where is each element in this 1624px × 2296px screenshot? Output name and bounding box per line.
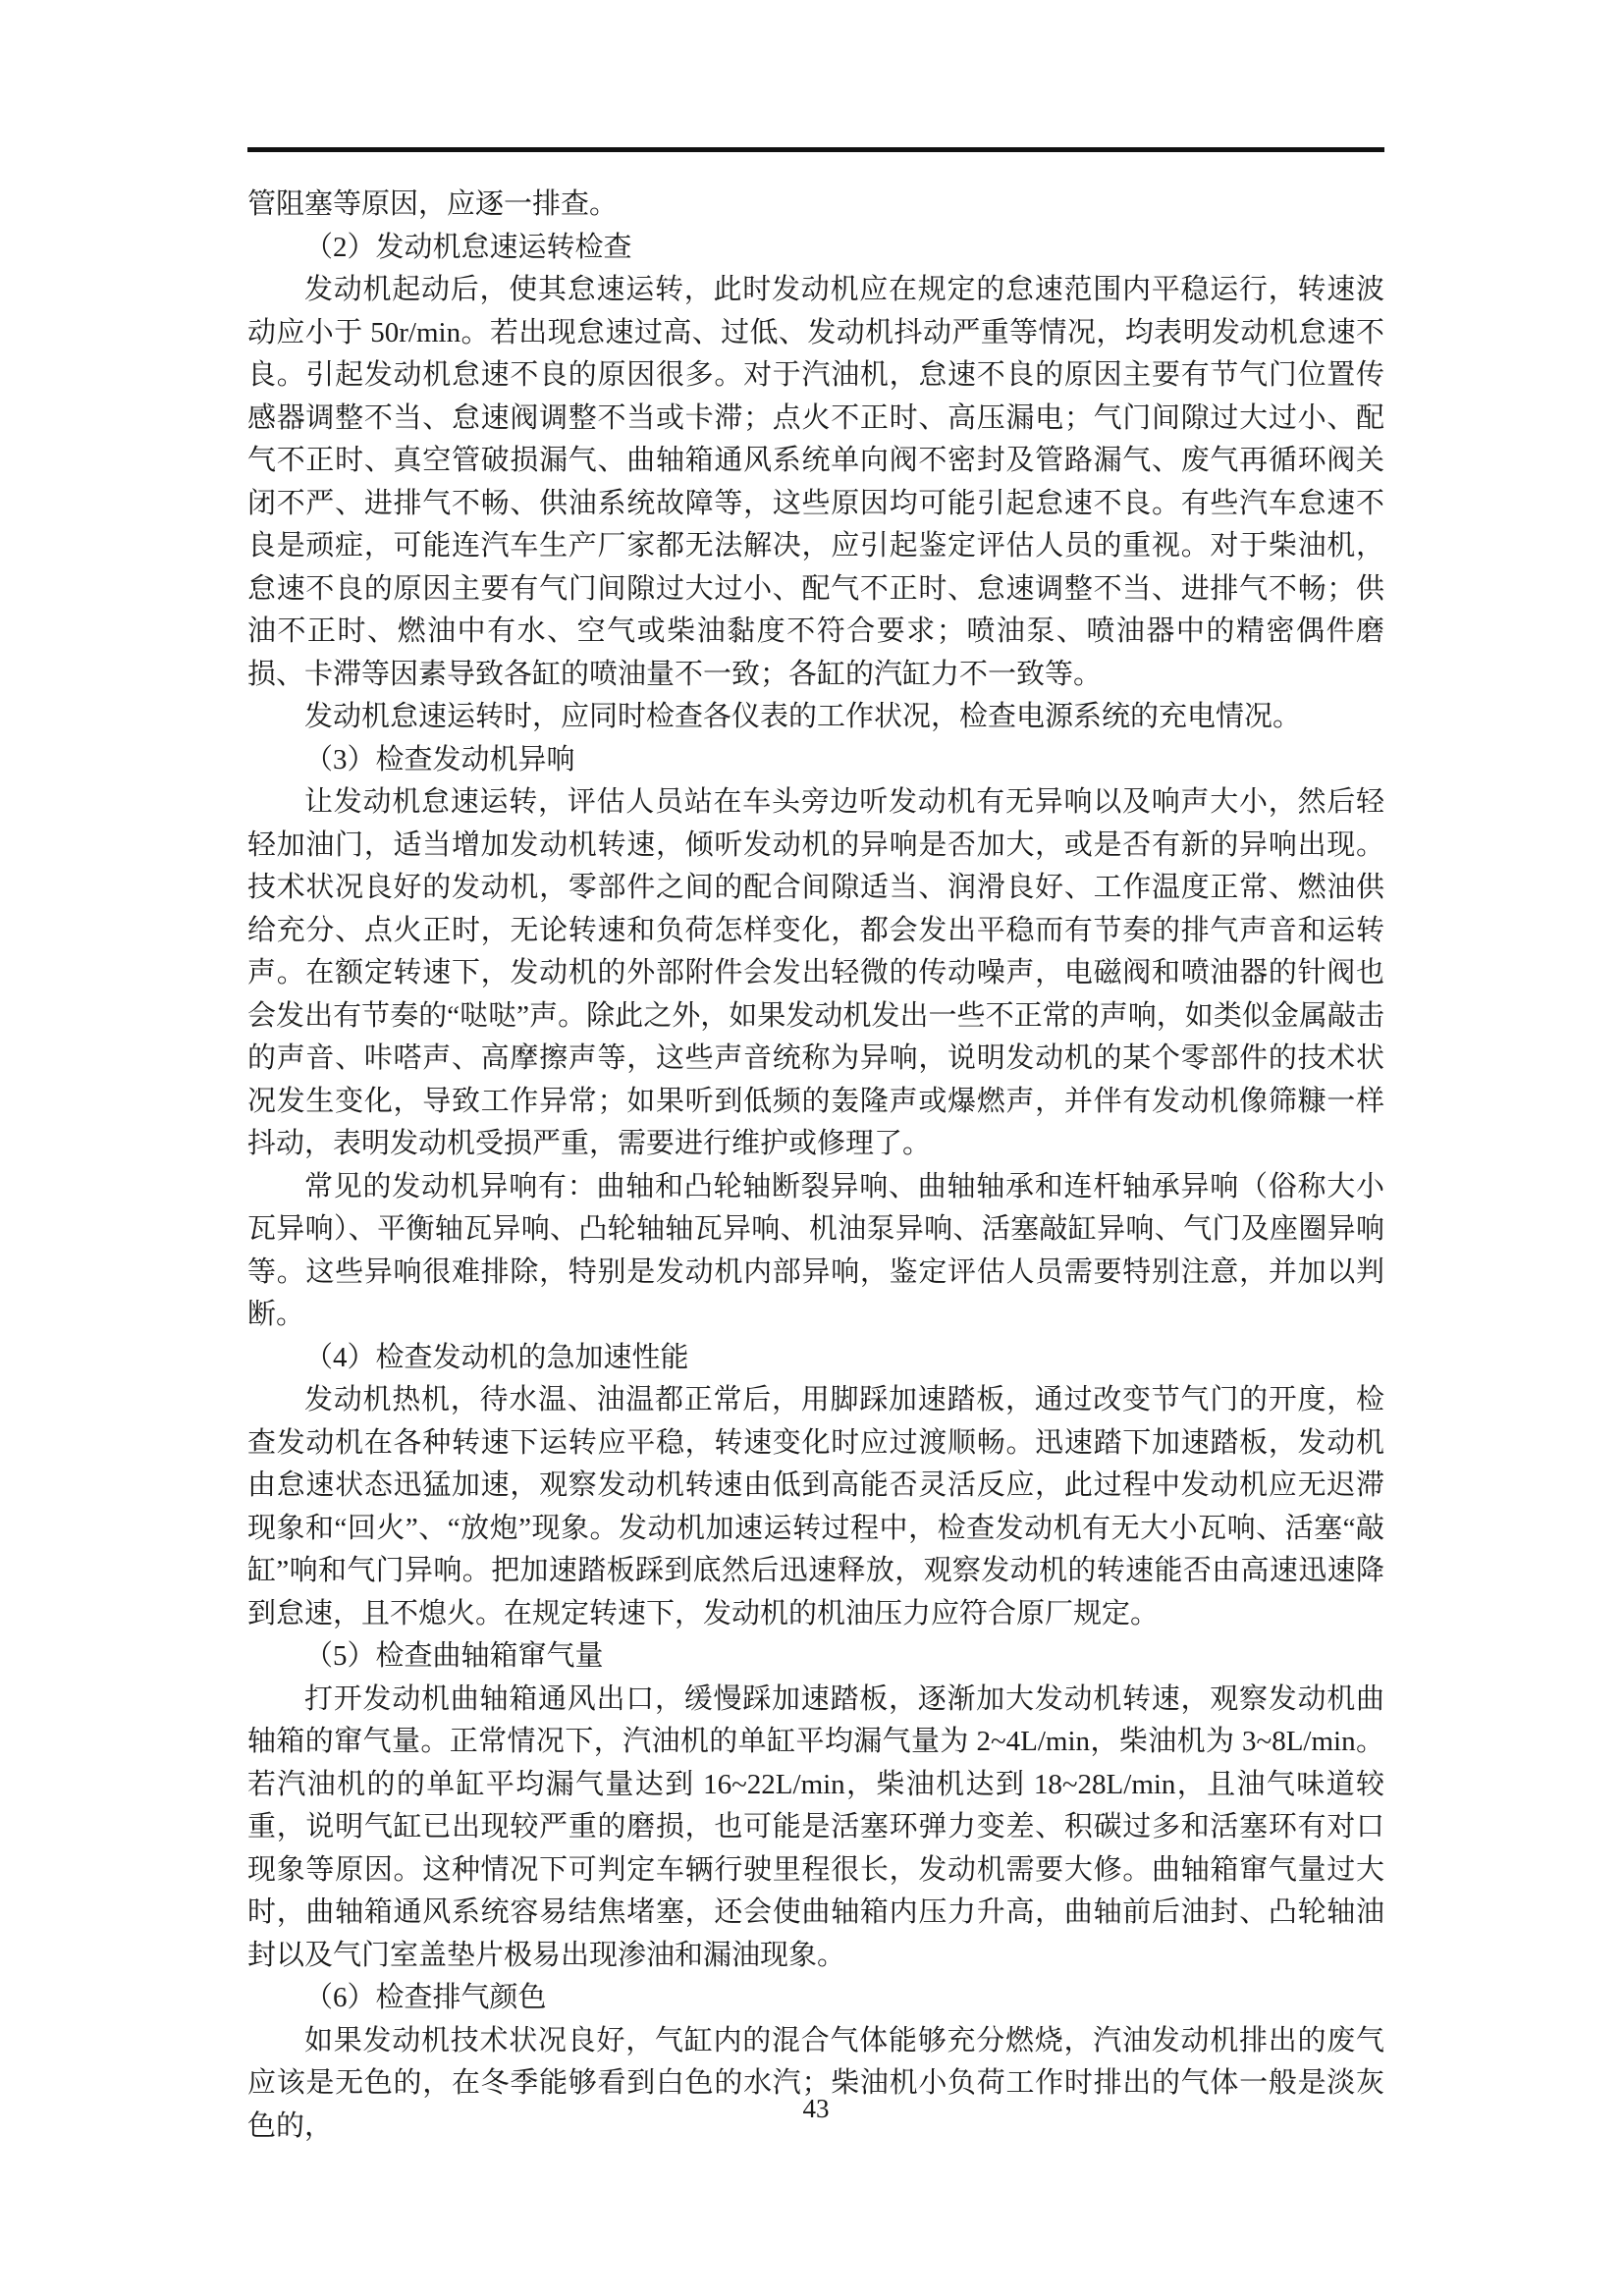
- section-heading: （3）检查发动机异响: [247, 739, 1384, 782]
- paragraph: 常见的发动机异响有：曲轴和凸轮轴断裂异响、曲轴轴承和连杆轴承异响（俗称大小瓦异响…: [247, 1166, 1384, 1337]
- paragraph: 发动机怠速运转时，应同时检查各仪表的工作状况，检查电源系统的充电情况。: [247, 696, 1384, 739]
- paragraph: 打开发动机曲轴箱通风出口，缓慢踩加速踏板，逐渐加大发动机转速，观察发动机曲轴箱的…: [247, 1679, 1384, 1978]
- text-block: 管阻塞等原因，应逐一排查。（2）发动机怠速运转检查发动机起动后，使其怠速运转，此…: [247, 184, 1384, 2148]
- document-page: 管阻塞等原因，应逐一排查。（2）发动机怠速运转检查发动机起动后，使其怠速运转，此…: [0, 0, 1624, 2296]
- paragraph: 如果发动机技术状况良好，气缸内的混合气体能够充分燃烧，汽油发动机排出的废气应该是…: [247, 2020, 1384, 2149]
- paragraph: 管阻塞等原因，应逐一排查。: [247, 184, 1384, 227]
- section-heading: （6）检查排气颜色: [247, 1977, 1384, 2020]
- page-number: 43: [247, 2093, 1384, 2124]
- header-rule: [247, 147, 1384, 152]
- paragraph: 发动机起动后，使其怠速运转，此时发动机应在规定的怠速范围内平稳运行，转速波动应小…: [247, 269, 1384, 696]
- section-heading: （4）检查发动机的急加速性能: [247, 1337, 1384, 1380]
- section-heading: （5）检查曲轴箱窜气量: [247, 1635, 1384, 1679]
- paragraph: 让发动机怠速运转，评估人员站在车头旁边听发动机有无异响以及响声大小，然后轻轻加油…: [247, 781, 1384, 1166]
- section-heading: （2）发动机怠速运转检查: [247, 227, 1384, 270]
- paragraph: 发动机热机，待水温、油温都正常后，用脚踩加速踏板，通过改变节气门的开度，检查发动…: [247, 1379, 1384, 1635]
